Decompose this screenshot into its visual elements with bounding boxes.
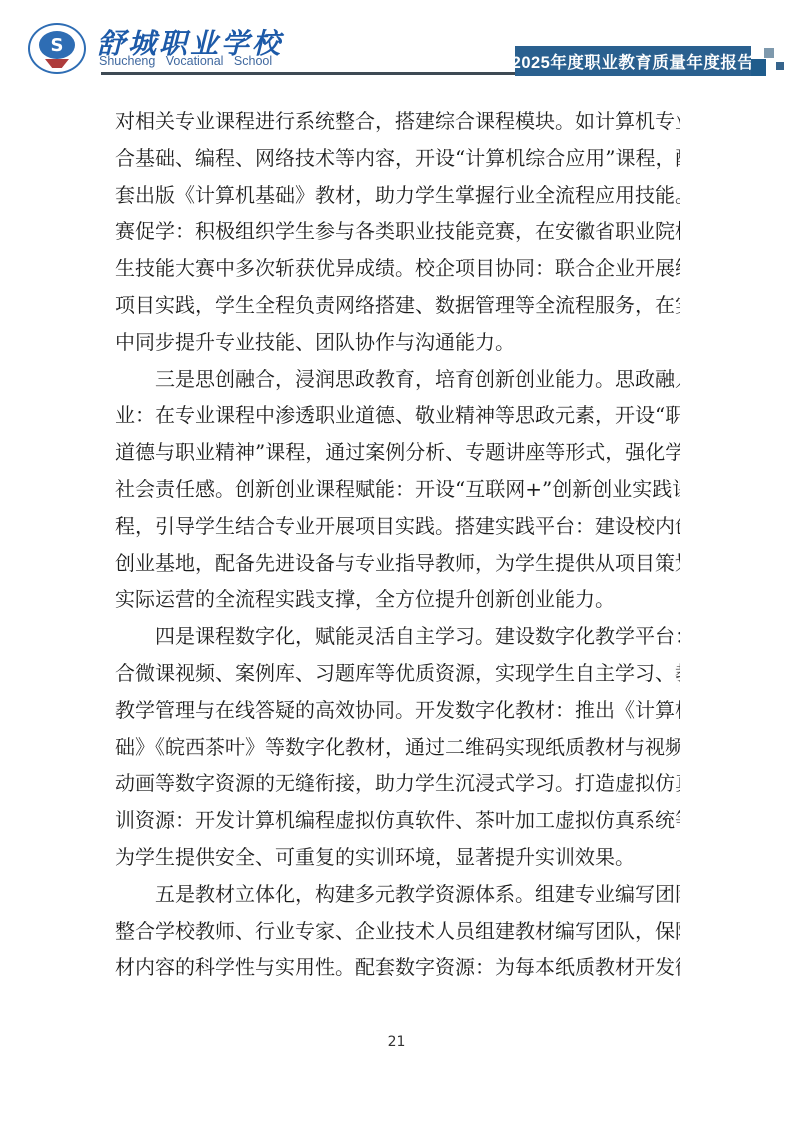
body-text-line: 合基础、编程、网络技术等内容，开设“计算机综合应用”课程，配	[115, 140, 680, 177]
paragraph: 四是课程数字化，赋能灵活自主学习。建设数字化教学平台：整 合微课视频、案例库、习…	[115, 618, 680, 876]
page-header: S 舒城职业学校 Shucheng Vocational School 2025…	[0, 0, 793, 100]
body-text-line: 道德与职业精神”课程，通过案例分析、专题讲座等形式，强化学生	[115, 434, 680, 471]
body-text-line: 业：在专业课程中渗透职业道德、敬业精神等思政元素，开设“职业	[115, 397, 680, 434]
paragraph: 五是教材立体化，构建多元教学资源体系。组建专业编写团队： 整合学校教师、行业专家…	[115, 876, 680, 986]
school-logo-red-ribbon	[45, 59, 69, 68]
decorative-square-small	[776, 62, 784, 70]
body-text-line: 生技能大赛中多次斩获优异成绩。校企项目协同：联合企业开展综合	[115, 250, 680, 287]
body-text-line: 赛促学：积极组织学生参与各类职业技能竞赛，在安徽省职业院校学	[115, 213, 680, 250]
body-text-line: 五是教材立体化，构建多元教学资源体系。组建专业编写团队：	[115, 876, 680, 913]
body-text-line: 三是思创融合，浸润思政教育，培育创新创业能力。思政融入专	[115, 361, 680, 398]
paragraph: 三是思创融合，浸润思政教育，培育创新创业能力。思政融入专 业：在专业课程中渗透职…	[115, 361, 680, 619]
school-name-english: Shucheng Vocational School	[99, 54, 272, 68]
body-text-line: 项目实践，学生全程负责网络搭建、数据管理等全流程服务，在实操	[115, 287, 680, 324]
header-divider-line	[101, 72, 518, 75]
body-text-line: 整合学校教师、行业专家、企业技术人员组建教材编写团队，保障教	[115, 913, 680, 950]
body-text-line: 合微课视频、案例库、习题库等优质资源，实现学生自主学习、教师	[115, 655, 680, 692]
body-text-line: 训资源：开发计算机编程虚拟仿真软件、茶叶加工虚拟仿真系统等，	[115, 802, 680, 839]
body-text-line: 础》《皖西茶叶》等数字化教材，通过二维码实现纸质教材与视频、	[115, 729, 680, 766]
body-text-line: 四是课程数字化，赋能灵活自主学习。建设数字化教学平台：整	[115, 618, 680, 655]
body-text-line: 材内容的科学性与实用性。配套数字资源：为每本纸质教材开发微课、	[115, 949, 680, 986]
body-text-line: 社会责任感。创新创业课程赋能：开设“互联网+”创新创业实践课	[115, 471, 680, 508]
decorative-square-medium	[764, 48, 774, 58]
body-text-line: 套出版《计算机基础》教材，助力学生掌握行业全流程应用技能。以	[115, 177, 680, 214]
body-text-line: 动画等数字资源的无缝衔接，助力学生沉浸式学习。打造虚拟仿真实	[115, 765, 680, 802]
school-logo-icon: S	[28, 23, 86, 74]
body-text-line: 为学生提供安全、可重复的实训环境，显著提升实训效果。	[115, 839, 680, 876]
body-text-line: 对相关专业课程进行系统整合，搭建综合课程模块。如计算机专业整	[115, 103, 680, 140]
body-text-line: 教学管理与在线答疑的高效协同。开发数字化教材：推出《计算机基	[115, 692, 680, 729]
paragraph: 对相关专业课程进行系统整合，搭建综合课程模块。如计算机专业整 合基础、编程、网络…	[115, 103, 680, 361]
body-text-line: 程，引导学生结合专业开展项目实践。搭建实践平台：建设校内创新	[115, 508, 680, 545]
body-text-line: 中同步提升专业技能、团队协作与沟通能力。	[115, 324, 680, 361]
school-logo-letter: S	[39, 31, 75, 59]
body-text-line: 实际运营的全流程实践支撑，全方位提升创新创业能力。	[115, 581, 680, 618]
report-title-banner: 2025年度职业教育质量年度报告	[515, 46, 751, 76]
body-text-line: 创业基地，配备先进设备与专业指导教师，为学生提供从项目策划到	[115, 545, 680, 582]
page-number: 21	[0, 1034, 793, 1050]
document-page: S 舒城职业学校 Shucheng Vocational School 2025…	[0, 0, 793, 1122]
document-body: 对相关专业课程进行系统整合，搭建综合课程模块。如计算机专业整 合基础、编程、网络…	[115, 103, 680, 986]
decorative-square-large	[751, 59, 766, 76]
